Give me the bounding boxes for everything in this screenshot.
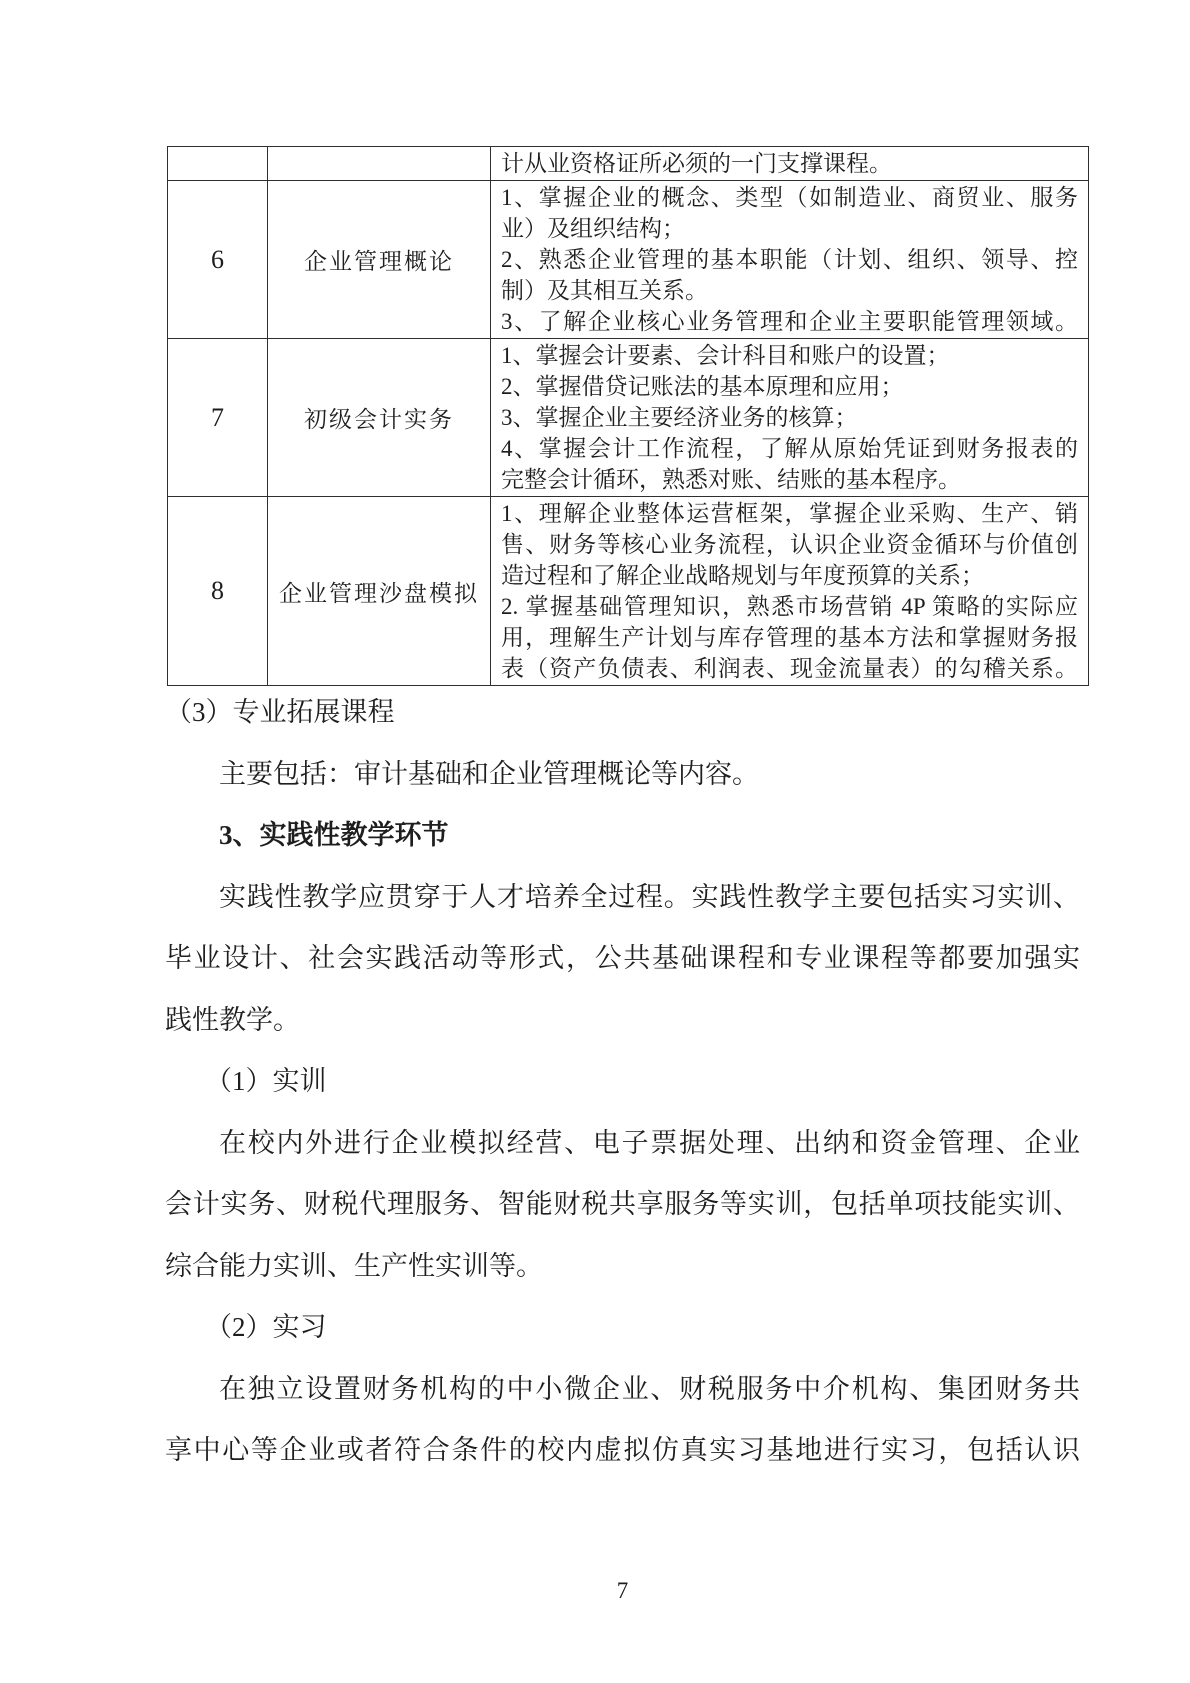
course-no-cell <box>168 147 268 181</box>
paragraph-line: 综合能力实训、生产性实训等。 <box>165 1236 1080 1298</box>
paragraph-line: 会计实务、财税代理服务、智能财税共享服务等实训，包括单项技能实训、 <box>165 1174 1080 1236</box>
paragraph-line: 在校内外进行企业模拟经营、电子票据处理、出纳和资金管理、企业 <box>165 1113 1080 1175</box>
objective-line: 制）及其相互关系。 <box>501 275 1078 306</box>
objective-line: 1、理解企业整体运营框架，掌握企业采购、生产、销 <box>501 498 1078 529</box>
heading-expand-courses: （3）专业拓展课程 <box>165 682 1080 744</box>
paragraph-line: 在独立设置财务机构的中小微企业、财税服务中介机构、集团财务共 <box>165 1359 1080 1421</box>
course-objective-cell: 1、理解企业整体运营框架，掌握企业采购、生产、销 售、财务等核心业务流程，认识企… <box>491 497 1089 686</box>
course-name-cell: 企业管理概论 <box>268 181 491 339</box>
course-no-cell: 6 <box>168 181 268 339</box>
objective-line: 计从业资格证所必须的一门支撑课程。 <box>501 148 1078 179</box>
objective-line: 1、掌握企业的概念、类型（如制造业、商贸业、服务 <box>501 182 1078 213</box>
table-row-course-7: 7 初级会计实务 1、掌握会计要素、会计科目和账户的设置； 2、掌握借贷记账法的… <box>168 339 1089 497</box>
heading-shixi: （2）实习 <box>165 1297 1080 1359</box>
course-name-cell <box>268 147 491 181</box>
course-name-cell: 初级会计实务 <box>268 339 491 497</box>
course-objective-cell: 计从业资格证所必须的一门支撑课程。 <box>491 147 1089 181</box>
objective-line: 2. 掌握基础管理知识，熟悉市场营销 4P 策略的实际应 <box>501 591 1078 622</box>
paragraph-line: 实践性教学应贯穿于人才培养全过程。实践性教学主要包括实习实训、 <box>165 867 1080 929</box>
objective-line: 售、财务等核心业务流程，认识企业资金循环与价值创 <box>501 529 1078 560</box>
heading-practical-teaching: 3、实践性教学环节 <box>165 805 1080 867</box>
table-row-course-6: 6 企业管理概论 1、掌握企业的概念、类型（如制造业、商贸业、服务 业）及组织结… <box>168 181 1089 339</box>
course-no-cell: 8 <box>168 497 268 686</box>
objective-line: 业）及组织结构； <box>501 213 1078 244</box>
objective-line: 2、掌握借贷记账法的基本原理和应用； <box>501 371 1078 402</box>
course-name-cell: 企业管理沙盘模拟 <box>268 497 491 686</box>
objective-line: 造过程和了解企业战略规划与年度预算的关系； <box>501 560 1078 591</box>
body-content: （3）专业拓展课程 主要包括：审计基础和企业管理概论等内容。 3、实践性教学环节… <box>165 682 1080 1482</box>
objective-line: 3、掌握企业主要经济业务的核算； <box>501 402 1078 433</box>
table-row-course-8: 8 企业管理沙盘模拟 1、理解企业整体运营框架，掌握企业采购、生产、销 售、财务… <box>168 497 1089 686</box>
objective-line: 用，理解生产计划与库存管理的基本方法和掌握财务报 <box>501 622 1078 653</box>
expand-courses-desc: 主要包括：审计基础和企业管理概论等内容。 <box>165 744 1080 806</box>
course-table: 计从业资格证所必须的一门支撑课程。 6 企业管理概论 1、掌握企业的概念、类型（… <box>167 146 1089 686</box>
course-objective-cell: 1、掌握会计要素、会计科目和账户的设置； 2、掌握借贷记账法的基本原理和应用； … <box>491 339 1089 497</box>
page-number: 7 <box>165 1578 1080 1604</box>
document-page: { "page": { "number": "7" }, "table": { … <box>0 0 1190 1683</box>
paragraph-line: 毕业设计、社会实践活动等形式，公共基础课程和专业课程等都要加强实 <box>165 928 1080 990</box>
table-row-continuation: 计从业资格证所必须的一门支撑课程。 <box>168 147 1089 181</box>
objective-line: 2、熟悉企业管理的基本职能（计划、组织、领导、控 <box>501 244 1078 275</box>
objective-line: 完整会计循环，熟悉对账、结账的基本程序。 <box>501 464 1078 495</box>
paragraph-line: 践性教学。 <box>165 990 1080 1052</box>
objective-line: 表（资产负债表、利润表、现金流量表）的勾稽关系。 <box>501 653 1078 684</box>
objective-line: 3、了解企业核心业务管理和企业主要职能管理领域。 <box>501 306 1078 337</box>
heading-shixun: （1）实训 <box>165 1051 1080 1113</box>
paragraph-line: 享中心等企业或者符合条件的校内虚拟仿真实习基地进行实习，包括认识 <box>165 1420 1080 1482</box>
course-no-cell: 7 <box>168 339 268 497</box>
objective-line: 4、掌握会计工作流程，了解从原始凭证到财务报表的 <box>501 433 1078 464</box>
course-objective-cell: 1、掌握企业的概念、类型（如制造业、商贸业、服务 业）及组织结构； 2、熟悉企业… <box>491 181 1089 339</box>
objective-line: 1、掌握会计要素、会计科目和账户的设置； <box>501 340 1078 371</box>
course-table-body: 计从业资格证所必须的一门支撑课程。 6 企业管理概论 1、掌握企业的概念、类型（… <box>168 147 1089 686</box>
